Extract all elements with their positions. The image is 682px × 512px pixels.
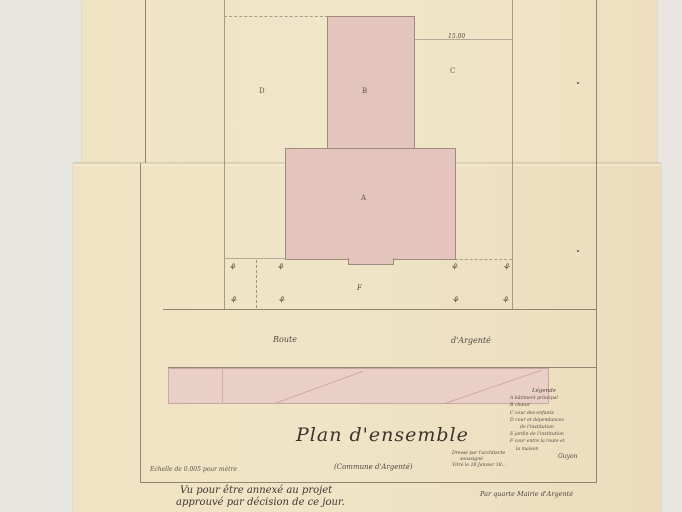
building-a-porch (348, 258, 394, 265)
plan-title: Plan d'ensemble (296, 424, 469, 446)
legend-item: B chœur (510, 402, 596, 409)
survey-dot (577, 250, 579, 252)
court-dash-right (455, 259, 512, 260)
legend-heading: Légende (510, 388, 596, 395)
plan-subtitle: (Commune d'Argenté) (334, 463, 413, 471)
tree-icon: ⚘ (451, 296, 459, 306)
legend-item: E jardin de l'institution (510, 431, 596, 438)
approval-note: Vu pour être annexé au projet approuvé p… (180, 485, 345, 509)
approval-note-line-2: approuvé par décision de ce jour. (176, 497, 345, 509)
road-label-left: Route (273, 335, 297, 344)
property-line-right (512, 0, 513, 310)
signature-line-3: Vitré le 28 Janvier 18... (452, 463, 506, 469)
frame-right-line (596, 0, 597, 483)
label-b: B (362, 87, 367, 95)
approval-note-line-1: Vu pour être annexé au projet (180, 485, 345, 497)
property-strip (168, 368, 549, 404)
scale-note: Echelle de 0.005 pour mètre (150, 466, 237, 473)
tree-icon: ⚘ (501, 296, 509, 306)
tree-icon: ⚘ (277, 296, 285, 306)
road-label-right: d'Argenté (451, 336, 491, 345)
tree-icon: ⚘ (276, 263, 284, 273)
legend-item: F cour entre la route et (510, 438, 596, 445)
signature-block: Dressé par l'architecte soussigné Vitré … (452, 451, 506, 469)
dimension-annotation: 15.00 (448, 33, 465, 40)
label-f: F (357, 284, 362, 292)
tree-icon: ⚘ (228, 263, 236, 273)
road-edge-top (163, 309, 596, 310)
property-line-left (224, 0, 225, 310)
frame-bottom-line (140, 482, 597, 483)
legend-item: D cour et dépendances (510, 417, 596, 424)
survey-dot (577, 82, 579, 84)
legend-signature: Guyon (510, 453, 596, 460)
tree-icon: ⚘ (229, 296, 237, 306)
building-a-main (285, 148, 456, 260)
mayor-note: Par quarte Mairie d'Argenté (480, 490, 573, 498)
court-line-left (224, 258, 286, 259)
frame-left-line-bottom (140, 163, 141, 483)
legend-item: C cour des enfants (510, 410, 596, 417)
legend-item: de l'institution (510, 424, 596, 431)
label-a: A (361, 194, 366, 202)
legend-item: A bâtiment principal (510, 395, 596, 402)
building-b-choir (327, 16, 415, 150)
frame-left-line-top (145, 0, 146, 163)
legend: Légende A bâtiment principal B chœur C c… (510, 388, 596, 460)
tree-icon: ⚘ (502, 263, 510, 273)
label-c: C (450, 67, 455, 75)
label-d: D (259, 87, 265, 95)
tree-icon: ⚘ (450, 263, 458, 273)
gate-path-line (256, 260, 257, 308)
boundary-dash-top (224, 16, 328, 17)
legend-item: la maison (510, 446, 596, 453)
